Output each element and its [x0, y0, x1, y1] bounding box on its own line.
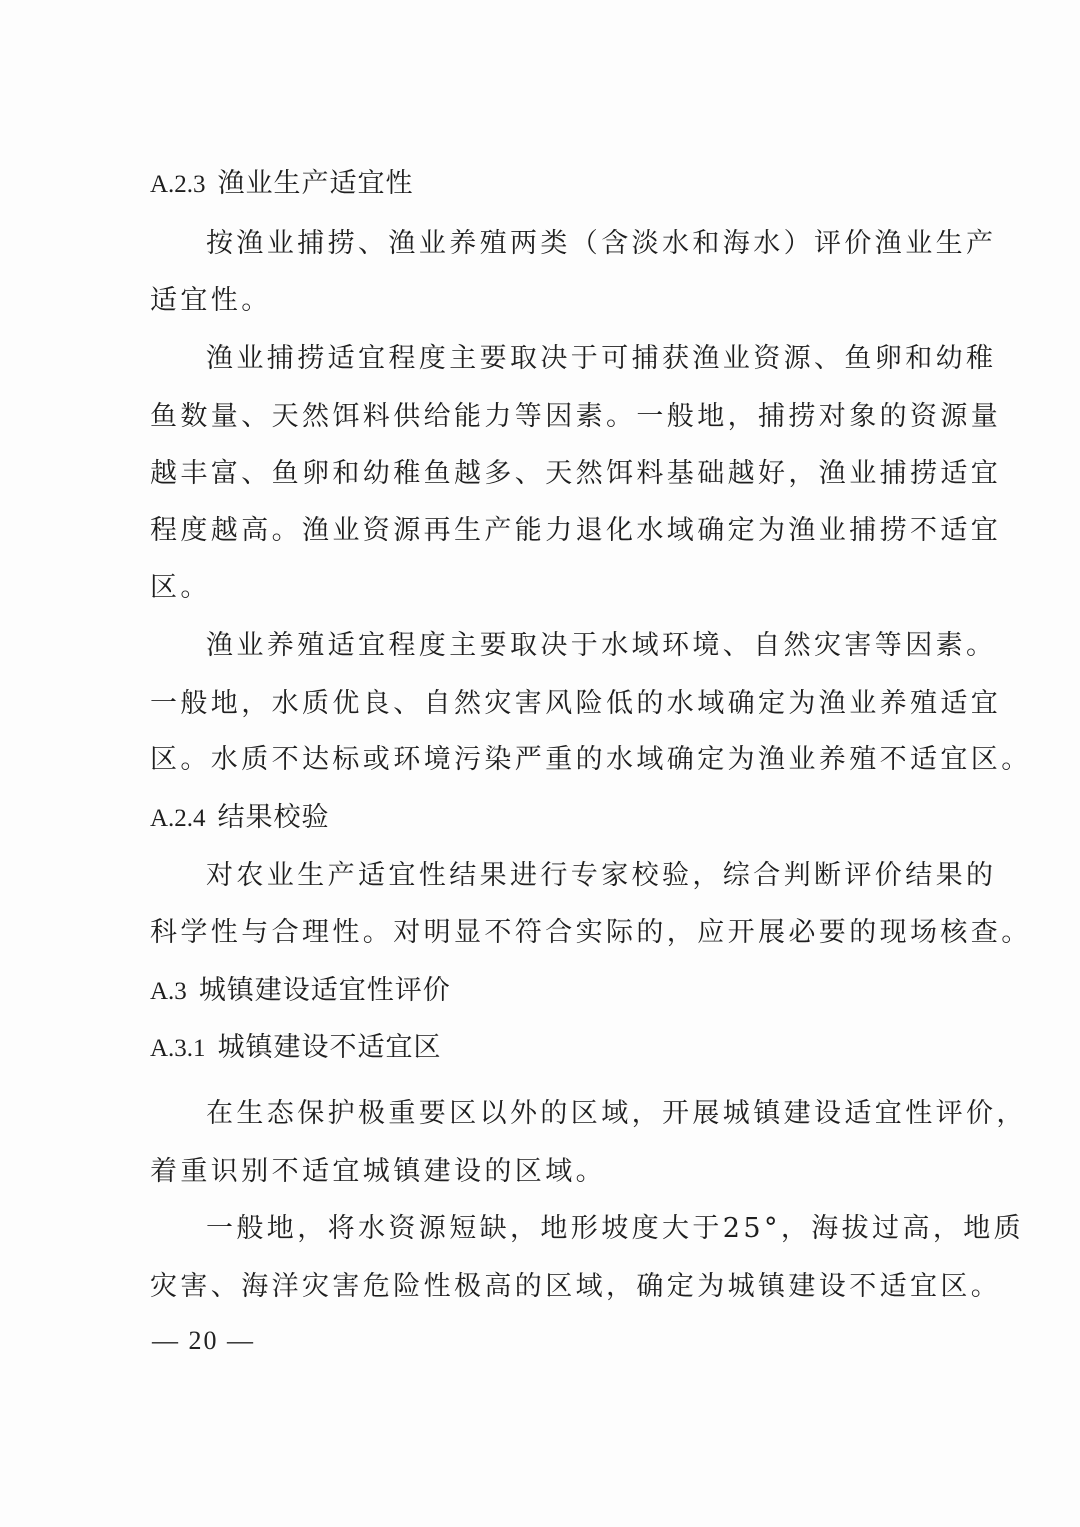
paragraph-line: 一般地，将水资源短缺，地形坡度大于25°，海拔过高，地质: [206, 1211, 920, 1247]
section-number: A.2.4: [150, 805, 206, 832]
paragraph-line: 灾害、海洋灾害危险性极高的区域，确定为城镇建设不适宜区。: [150, 1269, 920, 1305]
paragraph-line: 按渔业捕捞、渔业养殖两类（含淡水和海水）评价渔业生产: [206, 226, 920, 262]
section-number: A.3.1: [150, 1035, 206, 1062]
paragraph-line: 在生态保护极重要区以外的区域，开展城镇建设适宜性评价，: [206, 1096, 920, 1132]
section-heading-a-3-1: A.3.1城镇建设不适宜区: [150, 1030, 920, 1067]
paragraph-line: 区。水质不达标或环境污染严重的水域确定为渔业养殖不适宜区。: [150, 742, 920, 778]
page-number: — 20 —: [152, 1326, 255, 1356]
paragraph-line: 科学性与合理性。对明显不符合实际的，应开展必要的现场核查。: [150, 915, 920, 951]
section-title: 渔业生产适宜性: [218, 168, 414, 199]
paragraph-line: 鱼数量、天然饵料供给能力等因素。一般地，捕捞对象的资源量: [150, 399, 920, 435]
section-title: 城镇建设适宜性评价: [199, 975, 451, 1006]
paragraph-line: 一般地，水质优良、自然灾害风险低的水域确定为渔业养殖适宜: [150, 686, 920, 722]
section-heading-a-2-4: A.2.4结果校验: [150, 800, 920, 837]
paragraph-line: 着重识别不适宜城镇建设的区域。: [150, 1154, 920, 1190]
paragraph-line: 越丰富、鱼卵和幼稚鱼越多、天然饵料基础越好，渔业捕捞适宜: [150, 456, 920, 492]
paragraph-line: 对农业生产适宜性结果进行专家校验，综合判断评价结果的: [206, 858, 920, 894]
section-title: 结果校验: [218, 802, 330, 833]
section-heading-a-3: A.3城镇建设适宜性评价: [150, 973, 920, 1010]
paragraph-line: 区。: [150, 570, 920, 606]
paragraph-line: 渔业捕捞适宜程度主要取决于可捕获渔业资源、鱼卵和幼稚: [206, 341, 920, 377]
section-heading-a-2-3: A.2.3渔业生产适宜性: [150, 166, 920, 203]
section-number: A.3: [150, 978, 187, 1005]
paragraph-line: 程度越高。渔业资源再生产能力退化水域确定为渔业捕捞不适宜: [150, 513, 920, 549]
document-page: A.2.3渔业生产适宜性 按渔业捕捞、渔业养殖两类（含淡水和海水）评价渔业生产 …: [0, 0, 1080, 1527]
section-number: A.2.3: [150, 171, 206, 198]
section-title: 城镇建设不适宜区: [218, 1032, 442, 1063]
paragraph-line: 适宜性。: [150, 283, 920, 319]
paragraph-line: 渔业养殖适宜程度主要取决于水域环境、自然灾害等因素。: [206, 628, 920, 664]
